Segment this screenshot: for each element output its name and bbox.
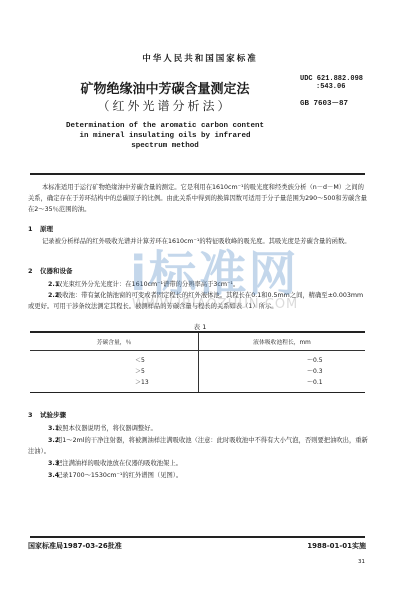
item-2-1: 2.1双光束红外分光光度计：在1610cm⁻¹谱带的分辨率高于3cm⁻¹。 <box>28 279 368 290</box>
item-number: 3.3 <box>38 458 56 469</box>
item-3-2: 3.2用1～2ml的干净注射器，将被测油样注满吸收池（注意：此时吸收池中不得有大… <box>28 435 368 457</box>
item-number: 3.4 <box>38 470 56 481</box>
table-body: ＜5 ＞5 ＞13 ～0.5 ～0.3 ～0.1 <box>30 351 365 392</box>
table-bottom-rule <box>30 392 365 394</box>
intro-paragraph: 本标准适用于运行矿物绝缘油中芳碳含量的测定。它是利用在1610cm⁻¹的吸光度和… <box>28 182 368 215</box>
item-text: 把注满油样的吸收池放在仪器的吸收池架上。 <box>56 460 182 467</box>
udc-line-2: :543.06 <box>300 83 363 91</box>
item-3-1: 3.1按照本仪器说明书，将仪器调整好。 <box>28 423 368 434</box>
table-header-row: 芳碳含量，％ 液体吸收池程长，mm <box>30 333 365 350</box>
section-2-heading: 2仪器和设备 <box>28 266 73 275</box>
table-caption: 表 1 <box>0 322 400 331</box>
item-number: 2.1 <box>38 279 56 290</box>
document-title-en: Determination of the aromatic carbon con… <box>60 121 270 151</box>
approval-date: 国家标准局1987-03-26批准 <box>28 541 122 551</box>
table-header-aromatic-content: 芳碳含量，％ <box>30 333 199 350</box>
header-divider <box>30 173 365 175</box>
udc-line-1: UDC 621.882.098 <box>300 75 363 83</box>
section-title: 试验步骤 <box>40 411 66 419</box>
section-number: 2 <box>28 267 40 275</box>
footer-divider <box>30 536 365 538</box>
section-title: 原理 <box>40 225 53 233</box>
table-cell: ～0.3 <box>199 366 365 377</box>
item-number: 2.2 <box>38 290 56 301</box>
item-2-2: 2.2吸收池：带有氯化钠池窗的可变或者固定程长的红外液体池。其程长在0.1和0.… <box>28 290 368 312</box>
section-1-text: 记录被分析样品的红外吸收光谱并计算芳环在1610cm⁻¹的特征吸收峰的吸光度。其… <box>28 236 368 247</box>
item-3-3: 3.3把注满油样的吸收池放在仪器的吸收池架上。 <box>28 458 368 469</box>
table-column-path-length: ～0.5 ～0.3 ～0.1 <box>199 351 365 392</box>
section-number: 3 <box>28 411 40 419</box>
table-cell: ＞13 <box>30 377 198 388</box>
national-standard-label: 中华人民共和国国家标准 <box>0 52 400 64</box>
item-number: 3.1 <box>38 423 56 434</box>
item-text: 吸收池：带有氯化钠池窗的可变或者固定程长的红外液体池。其程长在0.1和0.5mm… <box>28 292 363 310</box>
table-1: 芳碳含量，％ 液体吸收池程长，mm ＜5 ＞5 ＞13 ～0.5 ～0.3 ～0… <box>30 331 365 393</box>
page-number: 31 <box>330 559 365 565</box>
item-3-4: 3.4记录1700～1530cm⁻¹的红外谱图（见图）。 <box>28 470 368 481</box>
title-en-line-3: spectrum method <box>60 141 270 151</box>
title-en-line-2: in mineral insulating oils by infrared <box>60 131 270 141</box>
table-column-aromatic-content: ＜5 ＞5 ＞13 <box>30 351 199 392</box>
section-number: 1 <box>28 225 40 233</box>
table-header-path-length: 液体吸收池程长，mm <box>199 337 365 346</box>
effective-date: 1988-01-01实施 <box>280 541 366 551</box>
item-text: 记录1700～1530cm⁻¹的红外谱图（见图）。 <box>56 472 182 479</box>
item-text: 用1～2ml的干净注射器，将被测油样注满吸收池（注意：此时吸收池中不得有大小气泡… <box>28 437 368 455</box>
table-cell: ＞5 <box>30 366 198 377</box>
table-cell: ＜5 <box>30 355 198 366</box>
document-title-cn: 矿物绝缘油中芳碳含量测定法 <box>60 78 270 97</box>
document-subtitle-cn: （红外光谱分析法） <box>60 97 270 114</box>
table-cell: ～0.5 <box>199 355 365 366</box>
title-en-line-1: Determination of the aromatic carbon con… <box>60 121 270 131</box>
udc-code: UDC 621.882.098 :543.06 <box>300 75 363 91</box>
table-cell: ～0.1 <box>199 377 365 388</box>
section-1-heading: 1原理 <box>28 224 53 233</box>
gb-number: GB 7603－87 <box>300 97 348 108</box>
section-title: 仪器和设备 <box>40 267 73 275</box>
item-text: 双光束红外分光光度计：在1610cm⁻¹谱带的分辨率高于3cm⁻¹。 <box>56 281 239 288</box>
item-text: 按照本仪器说明书，将仪器调整好。 <box>56 425 157 432</box>
section-3-heading: 3试验步骤 <box>28 410 66 419</box>
item-number: 3.2 <box>38 435 56 446</box>
